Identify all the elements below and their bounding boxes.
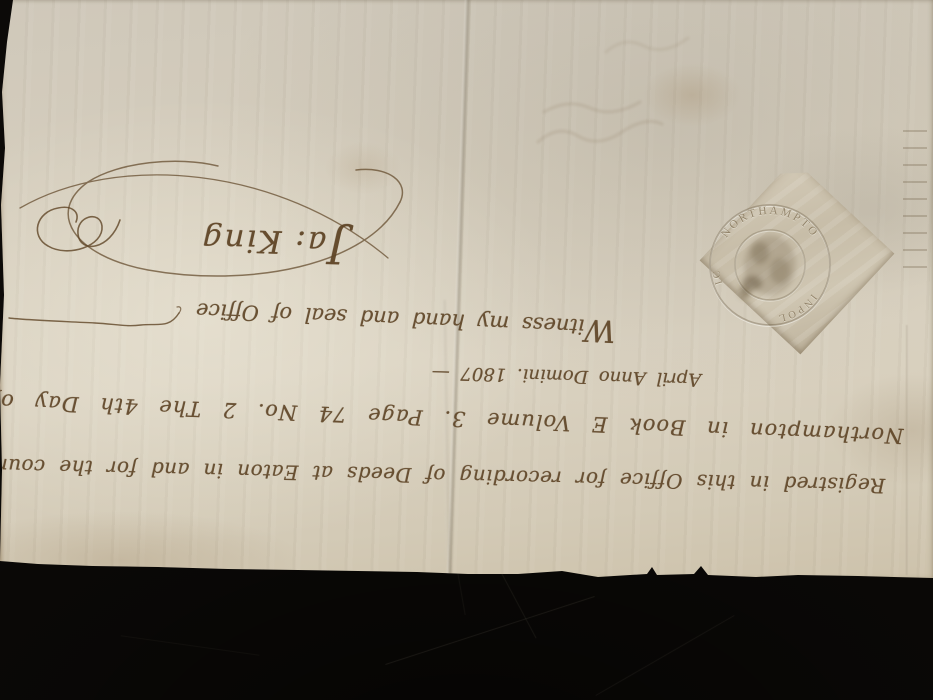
manuscript-body-line-1: Registred in this Office for recording o… [0,453,886,498]
manuscript-page: Registred in this Office for recording o… [0,0,933,582]
photo-of-manuscript: { "colors": { "background": "#0b0907", "… [0,0,933,700]
seal-ring-text-top: NORTHAMPTO [719,205,821,240]
manuscript-body-line-2: Northampton in Book E Volume 3. Page 74 … [0,389,904,448]
paraph-flourish [13,198,128,260]
seal-center-arms [739,235,796,298]
embossed-seal-stamp: NORTHAMPTO INPOL IC [700,195,840,335]
pen-rule-flourish [3,299,185,339]
manuscript-date-line: April Anno Domini. 1807 — [432,362,702,390]
attestation-line: Witness my hand and seal of Office [195,295,616,348]
